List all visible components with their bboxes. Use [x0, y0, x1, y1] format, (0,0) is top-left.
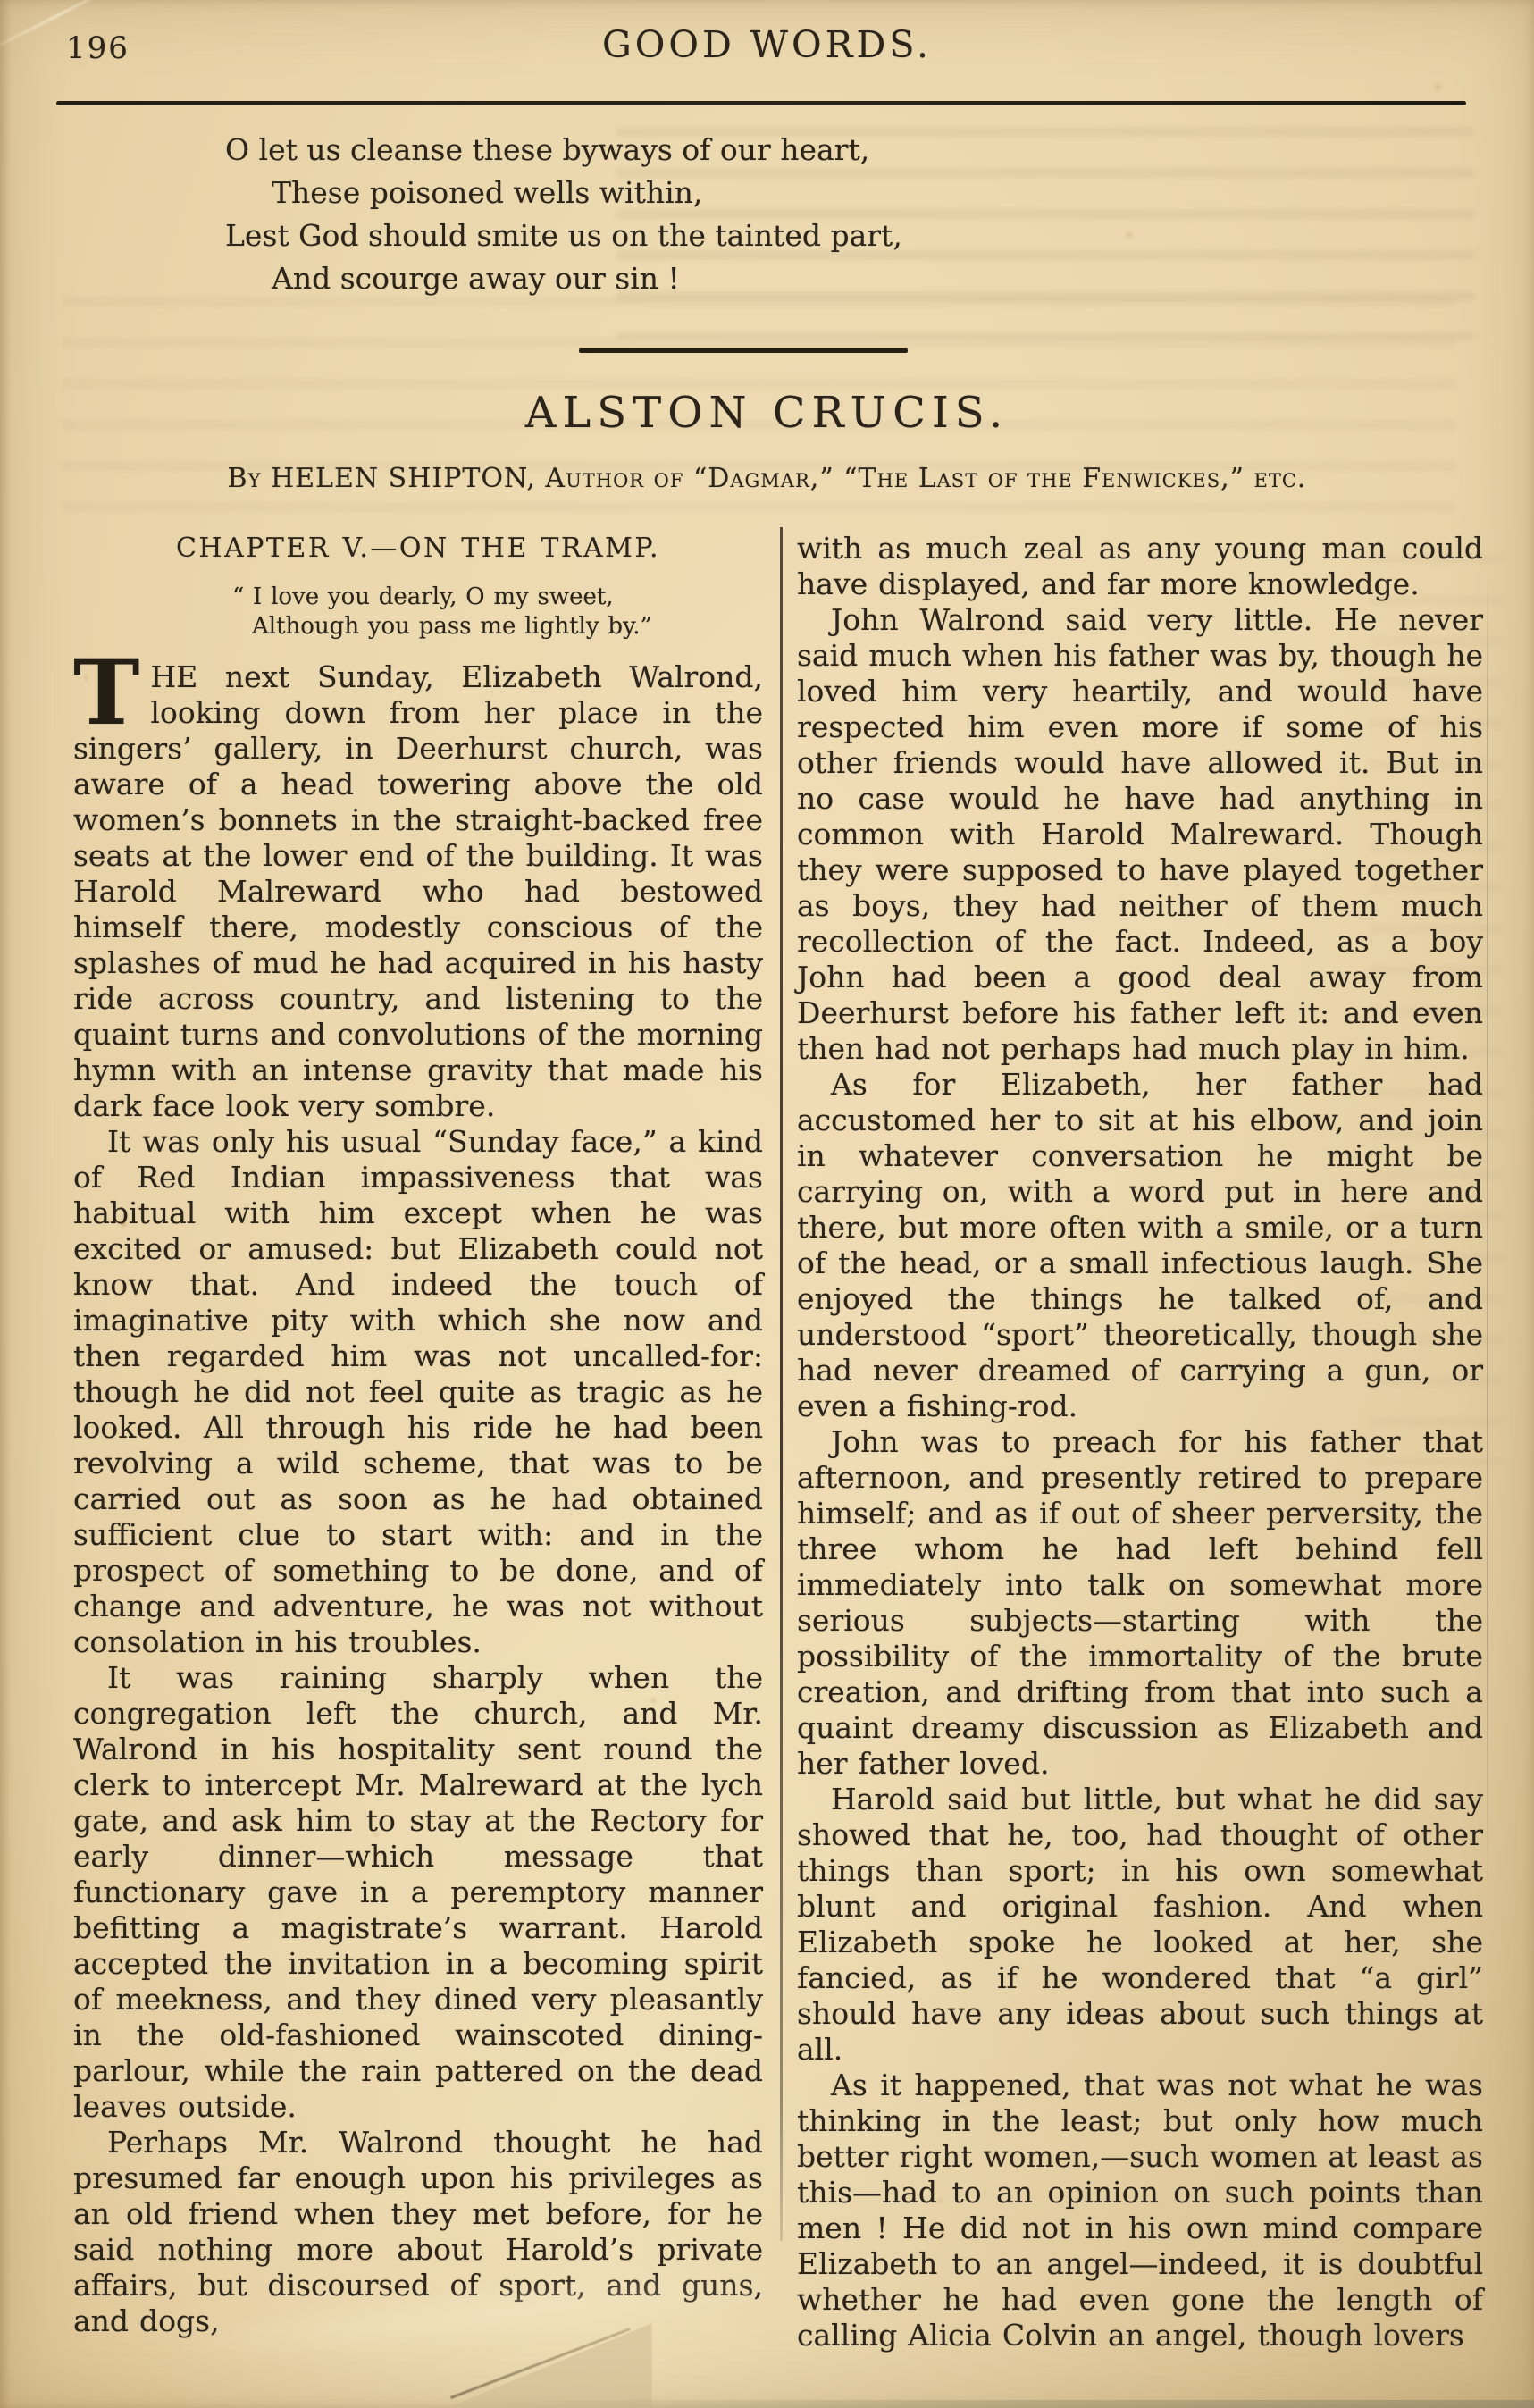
paragraph: As for Elizabeth, her father had accusto…	[797, 1067, 1483, 1424]
chapter-heading: CHAPTER V.—ON THE TRAMP.	[73, 531, 763, 566]
epigraph-line: Although you pass me lightly by.”	[252, 612, 763, 642]
scanned-book-page: 196 GOOD WORDS. O let us cleanse these b…	[0, 0, 1534, 2408]
page-bottom-edge	[460, 2400, 1534, 2408]
article-title: ALSTON CRUCIS.	[0, 388, 1534, 438]
epigraph-line: “ I love you dearly, O my sweet,	[232, 583, 763, 612]
paragraph: It was raining sharply when the congrega…	[73, 1660, 763, 2125]
epigraph: “ I love you dearly, O my sweet, Althoug…	[232, 583, 763, 642]
poem-stanza: O let us cleanse these byways of our hea…	[225, 129, 902, 300]
drop-cap: T	[73, 656, 139, 729]
paragraph: with as much zeal as any young man could…	[797, 531, 1483, 602]
paragraph: As it happened, that was not what he was…	[797, 2068, 1483, 2353]
poem-line: And scourge away our sin !	[272, 257, 902, 300]
masthead-title: GOOD WORDS.	[0, 23, 1534, 66]
paragraph: John Walrond said very little. He never …	[797, 602, 1483, 1067]
article-byline: By HELEN SHIPTON, Author of “Dagmar,” “T…	[0, 463, 1534, 494]
left-column: CHAPTER V.—ON THE TRAMP. “ I love you de…	[73, 531, 763, 2339]
bleedthrough-rule	[1487, 572, 1488, 1912]
column-divider	[780, 527, 783, 2241]
paragraph-text: HE next Sunday, Elizabeth Walrond, looki…	[73, 659, 763, 1123]
header-rule	[56, 101, 1466, 105]
right-column: with as much zeal as any young man could…	[797, 531, 1483, 2353]
poem-line: Lest God should smite us on the tainted …	[225, 214, 902, 257]
poem-line: These poisoned wells within,	[272, 172, 902, 214]
section-rule	[579, 348, 908, 353]
poem-line: O let us cleanse these byways of our hea…	[225, 129, 902, 172]
page-edge-shade	[0, 0, 11, 2408]
paragraph: It was only his usual “Sunday face,” a k…	[73, 1124, 763, 1660]
paragraph: John was to preach for his father that a…	[797, 1424, 1483, 1782]
paragraph: THE next Sunday, Elizabeth Walrond, look…	[73, 659, 763, 1124]
paragraph: Harold said but little, but what he did …	[797, 1782, 1483, 2068]
